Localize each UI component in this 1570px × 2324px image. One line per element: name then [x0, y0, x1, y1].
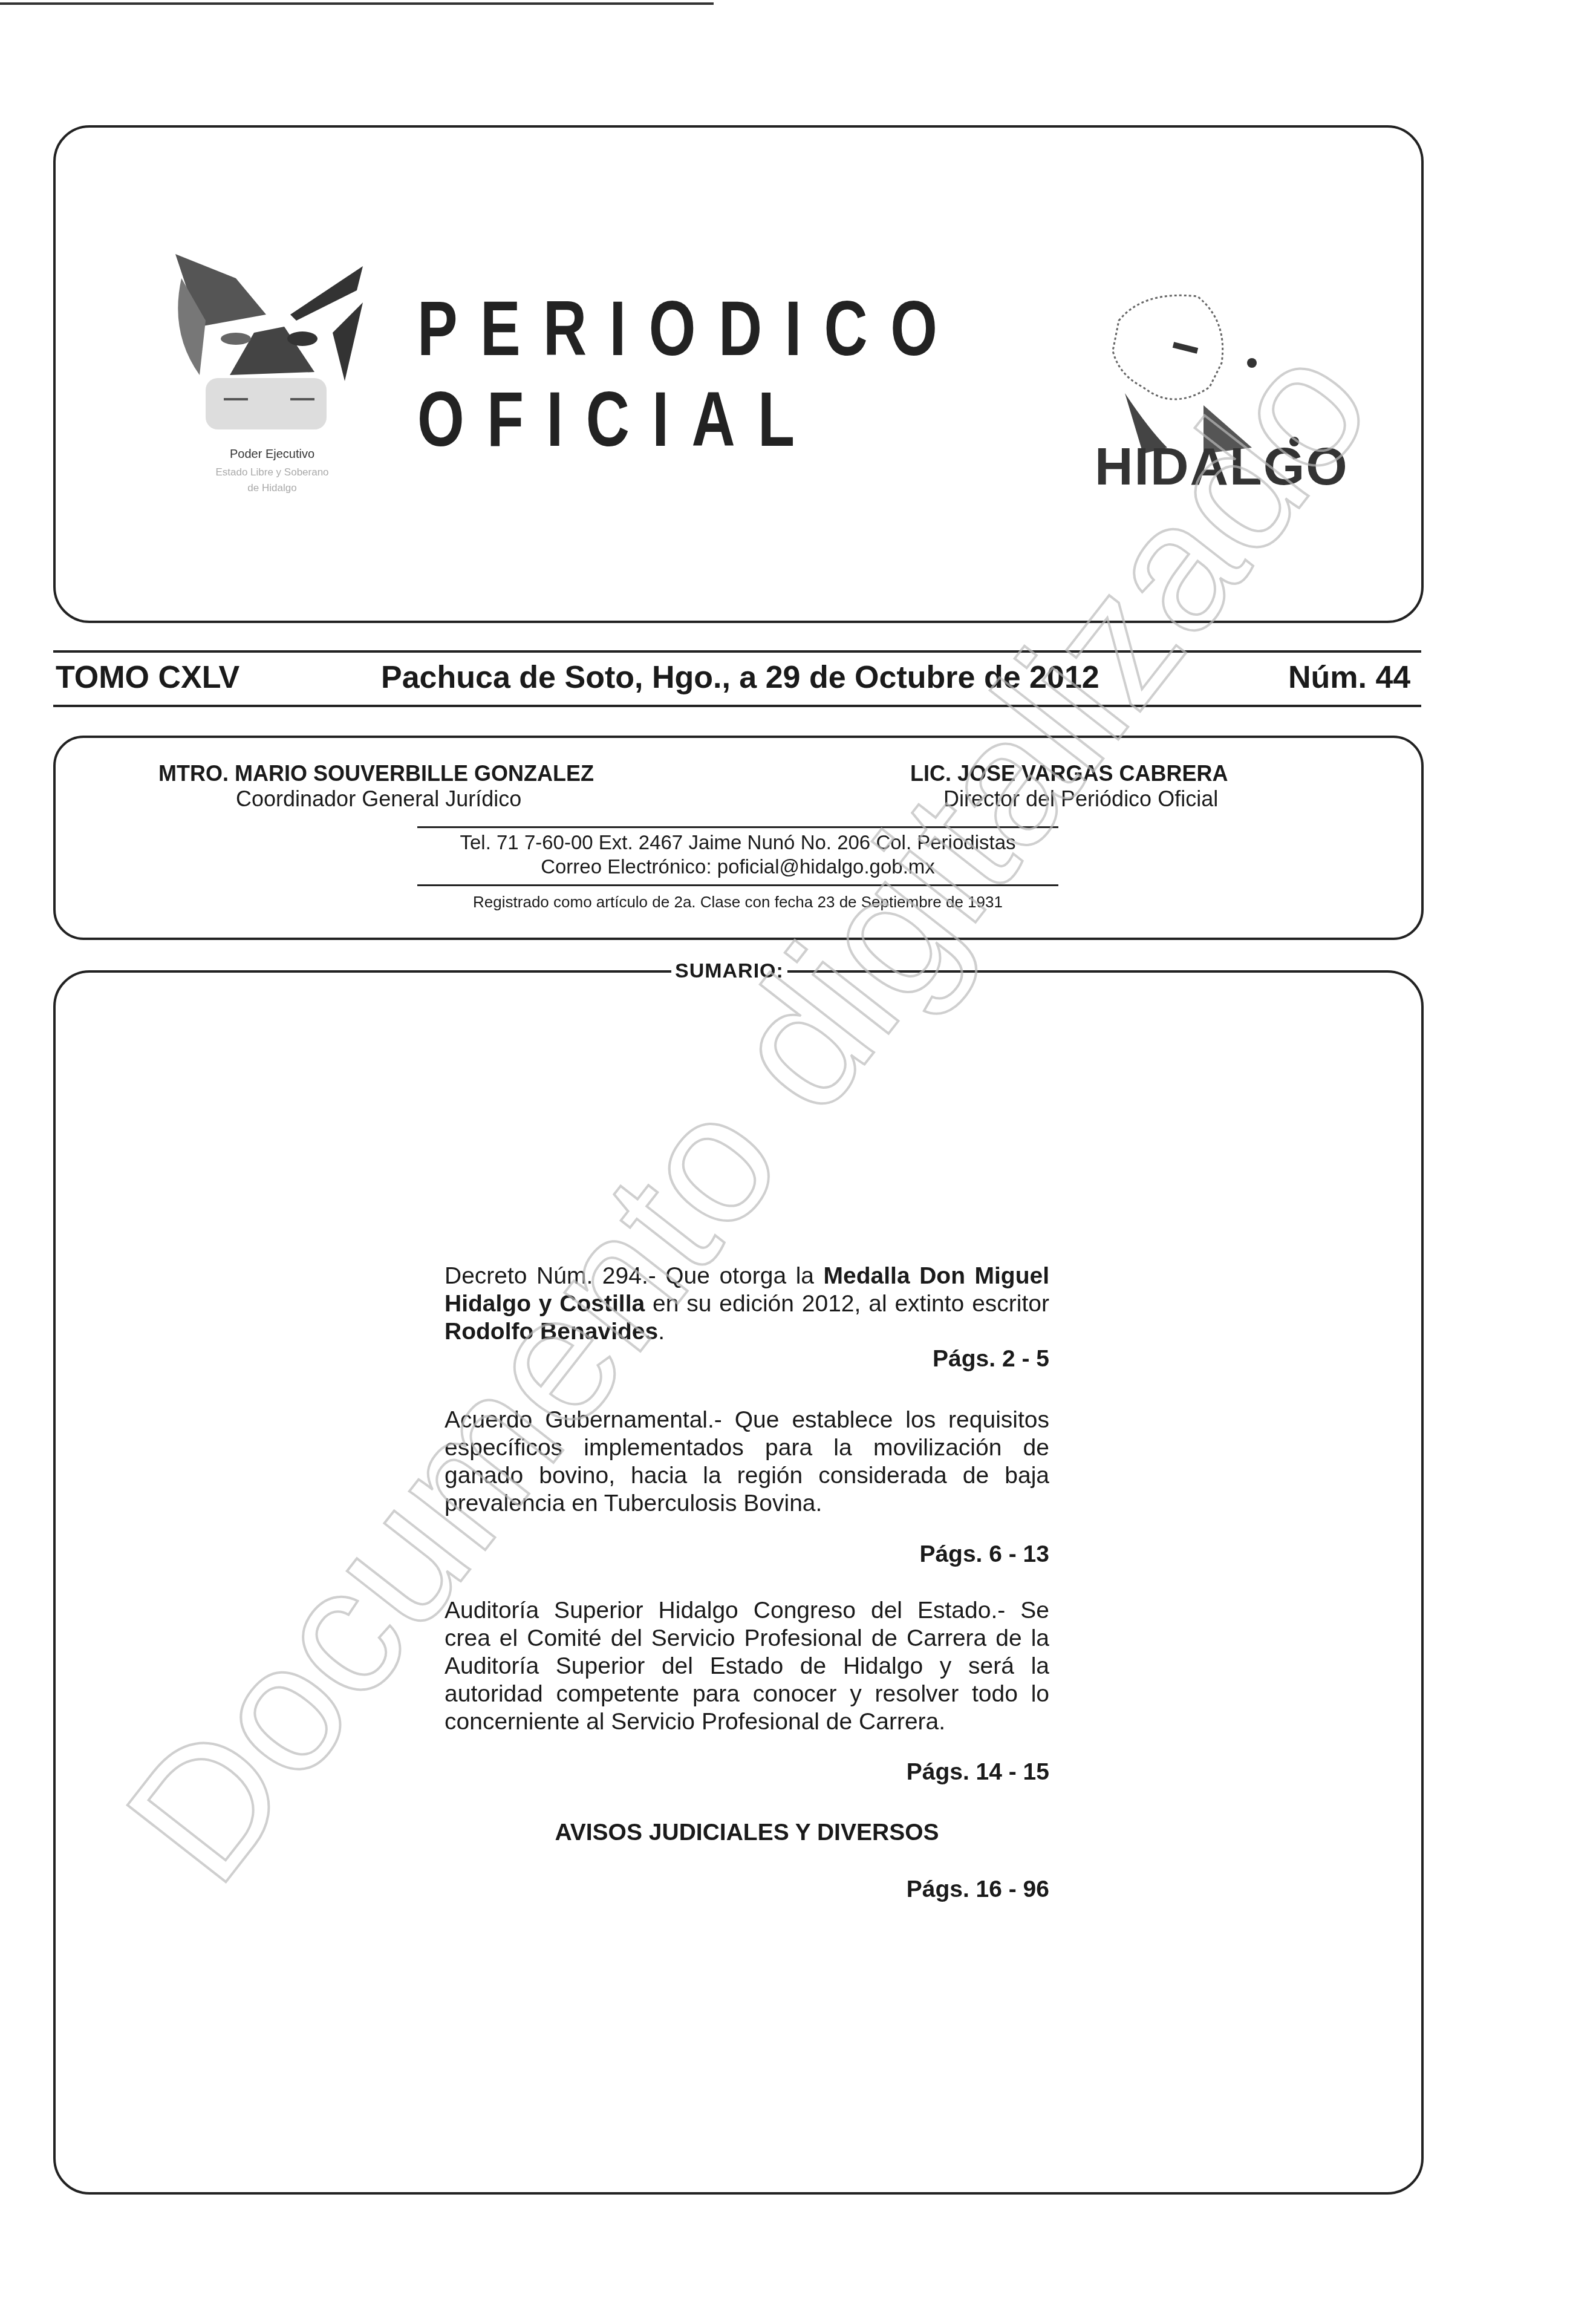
issue-bar-bottom-rule: [53, 705, 1421, 707]
summary-entry-3: Auditoría Superior Hidalgo Congreso del …: [445, 1597, 1049, 1736]
scan-top-line: [0, 2, 714, 5]
logo-subcaption-line-1: Estado Libre y Soberano: [157, 465, 387, 480]
masthead-title-line-1: PERIODICO: [417, 284, 960, 373]
logo-subcaption: Estado Libre y Soberano de Hidalgo: [157, 465, 387, 496]
summary-entry-4: AVISOS JUDICIALES Y DIVERSOS: [445, 1820, 1049, 1846]
logo-caption: Poder Ejecutivo: [157, 448, 387, 462]
coordinator-name: MTRO. MARIO SOUVERBILLE GONZALEZ: [158, 761, 594, 786]
summary-entry-4-pages: Págs. 16 - 96: [445, 1876, 1049, 1903]
summary-entry-3-pages: Págs. 14 - 15: [445, 1759, 1049, 1786]
masthead-title-line-2: OFICIAL: [417, 375, 817, 464]
state-coat-of-arms-icon: [163, 242, 381, 442]
issue-number: Núm. 44: [1288, 659, 1410, 696]
tomo-label: TOMO CXLV: [56, 659, 239, 696]
logo-subcaption-line-2: de Hidalgo: [157, 480, 387, 496]
coordinator-role: Coordinador General Jurídico: [236, 786, 521, 812]
